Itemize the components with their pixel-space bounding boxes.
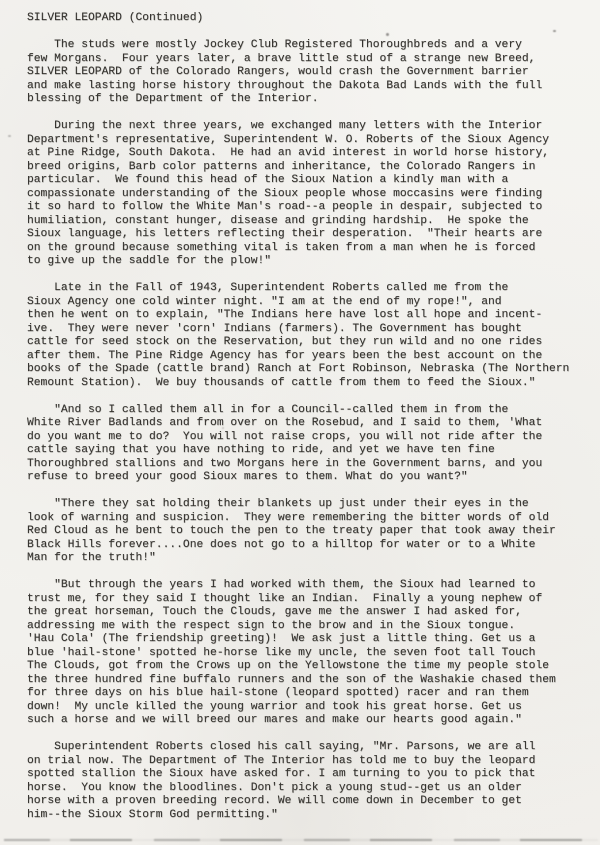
paragraph-late-fall-1943-call: Late in the Fall of 1943, Superintendent… xyxy=(27,282,600,390)
paragraph-next-three-years-letters: During the next three years, we exchange… xyxy=(27,120,600,269)
scan-speck xyxy=(553,30,556,32)
paragraph-roberts-closing-call: Superintendent Roberts closed his call s… xyxy=(27,741,600,822)
scanned-manuscript-page: SILVER LEOPARD (Continued) The studs wer… xyxy=(27,12,600,822)
scan-speck xyxy=(8,135,11,137)
paragraph-blankets-warning-suspicion: "There they sat holding their blankets u… xyxy=(27,498,600,566)
scan-speck xyxy=(222,427,224,429)
paragraph-council-called-them-in: "And so I called them all in for a Counc… xyxy=(27,404,600,485)
page-title: SILVER LEOPARD (Continued) xyxy=(27,12,600,26)
paragraph-hau-cola-friendship-greeting: "But through the years I had worked with… xyxy=(27,579,600,728)
scan-speck xyxy=(386,33,389,36)
paragraph-studs-mostly-jockey-club: The studs were mostly Jockey Club Regist… xyxy=(27,39,600,107)
scan-edge-artifact xyxy=(4,839,598,842)
